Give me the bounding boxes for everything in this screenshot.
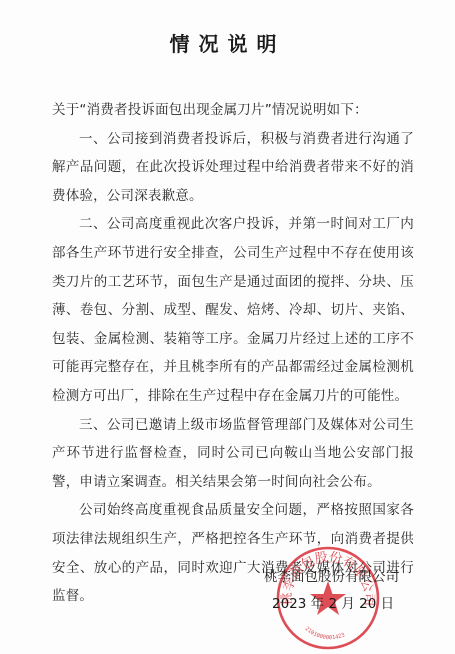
svg-text:2101000001423: 2101000001423	[304, 626, 346, 641]
intro-line: 关于“消费者投诉面包出现金属刀片”情况说明如下：	[52, 96, 414, 125]
document-page: 情况说明 关于“消费者投诉面包出现金属刀片”情况说明如下： 一、公司接到消费者投…	[0, 0, 455, 654]
document-body: 关于“消费者投诉面包出现金属刀片”情况说明如下： 一、公司接到消费者投诉后，积极…	[52, 96, 414, 611]
document-title: 情况说明	[0, 28, 455, 57]
paragraph-1: 一、公司接到消费者投诉后，积极与消费者进行沟通了解产品问题，在此次投诉处理过程中…	[52, 125, 414, 211]
paragraph-3: 三、公司已邀请上级市场监督管理部门及媒体对公司生产环节进行监督检查，同时公司已向…	[52, 411, 414, 497]
company-signature: 桃李面包股份有限公司	[264, 565, 399, 585]
paragraph-2: 二、公司高度重视此次客户投诉，并第一时间对工厂内部各生产环节进行安全排查，公司生…	[52, 210, 414, 410]
document-date: 2023 年 2 月 20 日	[272, 592, 394, 612]
